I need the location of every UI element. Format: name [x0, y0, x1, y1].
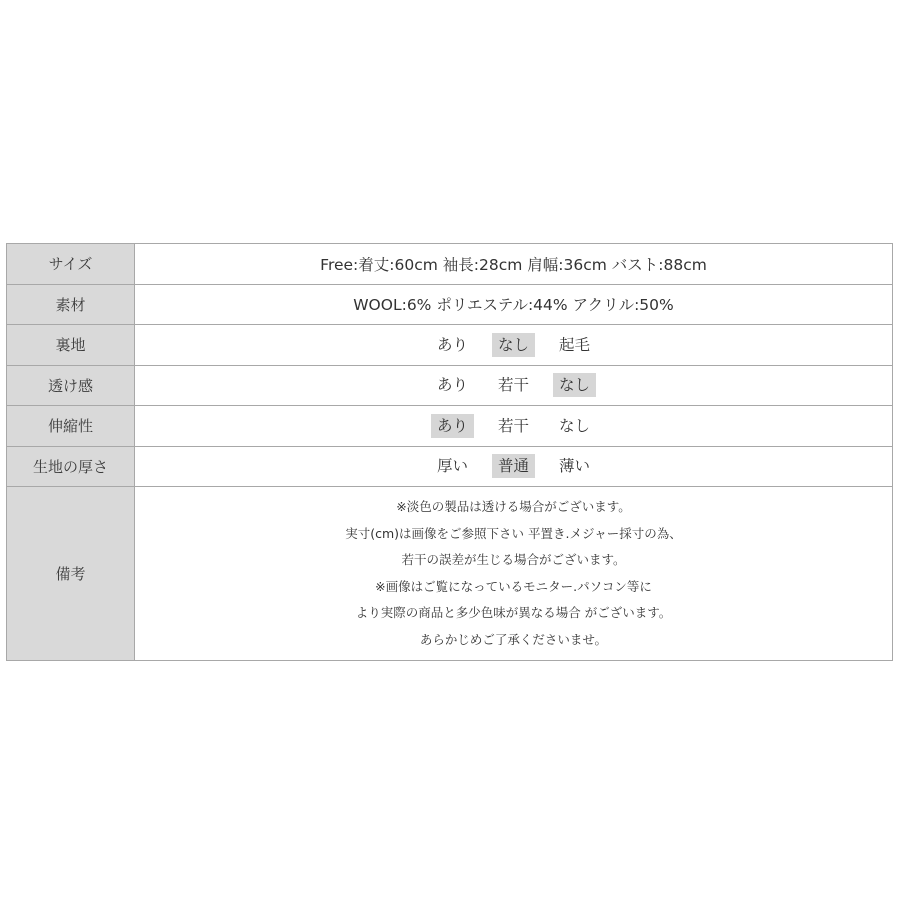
stretch-option-nashi: なし	[553, 414, 596, 438]
notes-line: あらかじめご了承くださいませ。	[135, 627, 892, 654]
notes-line: 若干の誤差が生じる場合がございます。	[135, 547, 892, 574]
stretch-option-jakkan: 若干	[492, 414, 535, 438]
material-label: 素材	[7, 284, 135, 325]
notes-line: ※画像はご覧になっているモニター.パソコン等に	[135, 574, 892, 601]
spec-row-sheerness: 透け感 あり 若干 なし	[7, 365, 893, 406]
spec-row-notes: 備考 ※淡色の製品は透ける場合がございます。 実寸(cm)は画像をご参照下さい …	[7, 487, 893, 661]
lining-options: あり なし 起毛	[135, 325, 893, 366]
notes-line: ※淡色の製品は透ける場合がございます。	[135, 494, 892, 521]
sheerness-options: あり 若干 なし	[135, 365, 893, 406]
product-spec-table: サイズ Free:着丈:60cm 袖長:28cm 肩幅:36cm バスト:88c…	[6, 243, 893, 661]
thickness-options: 厚い 普通 薄い	[135, 446, 893, 487]
spec-row-thickness: 生地の厚さ 厚い 普通 薄い	[7, 446, 893, 487]
sheerness-option-ari: あり	[431, 373, 474, 397]
stretch-options: あり 若干 なし	[135, 406, 893, 447]
notes-content: ※淡色の製品は透ける場合がございます。 実寸(cm)は画像をご参照下さい 平置き…	[135, 487, 893, 661]
notes-label: 備考	[7, 487, 135, 661]
notes-line: 実寸(cm)は画像をご参照下さい 平置き.メジャー採寸の為、	[135, 521, 892, 548]
size-value: Free:着丈:60cm 袖長:28cm 肩幅:36cm バスト:88cm	[135, 244, 893, 285]
spec-row-material: 素材 WOOL:6% ポリエステル:44% アクリル:50%	[7, 284, 893, 325]
spec-row-lining: 裏地 あり なし 起毛	[7, 325, 893, 366]
lining-option-kimou: 起毛	[553, 333, 596, 357]
thickness-label: 生地の厚さ	[7, 446, 135, 487]
stretch-option-ari-selected: あり	[431, 414, 474, 438]
spec-row-stretch: 伸縮性 あり 若干 なし	[7, 406, 893, 447]
lining-option-ari: あり	[431, 333, 474, 357]
spec-row-size: サイズ Free:着丈:60cm 袖長:28cm 肩幅:36cm バスト:88c…	[7, 244, 893, 285]
sheerness-option-nashi-selected: なし	[553, 373, 596, 397]
thickness-option-normal-selected: 普通	[492, 454, 535, 478]
material-value: WOOL:6% ポリエステル:44% アクリル:50%	[135, 284, 893, 325]
sheerness-label: 透け感	[7, 365, 135, 406]
stretch-label: 伸縮性	[7, 406, 135, 447]
sheerness-option-jakkan: 若干	[492, 373, 535, 397]
lining-option-nashi-selected: なし	[492, 333, 535, 357]
thickness-option-thin: 薄い	[553, 454, 596, 478]
thickness-option-thick: 厚い	[431, 454, 474, 478]
notes-line: より実際の商品と多少色味が異なる場合 がございます。	[135, 600, 892, 627]
size-label: サイズ	[7, 244, 135, 285]
lining-label: 裏地	[7, 325, 135, 366]
